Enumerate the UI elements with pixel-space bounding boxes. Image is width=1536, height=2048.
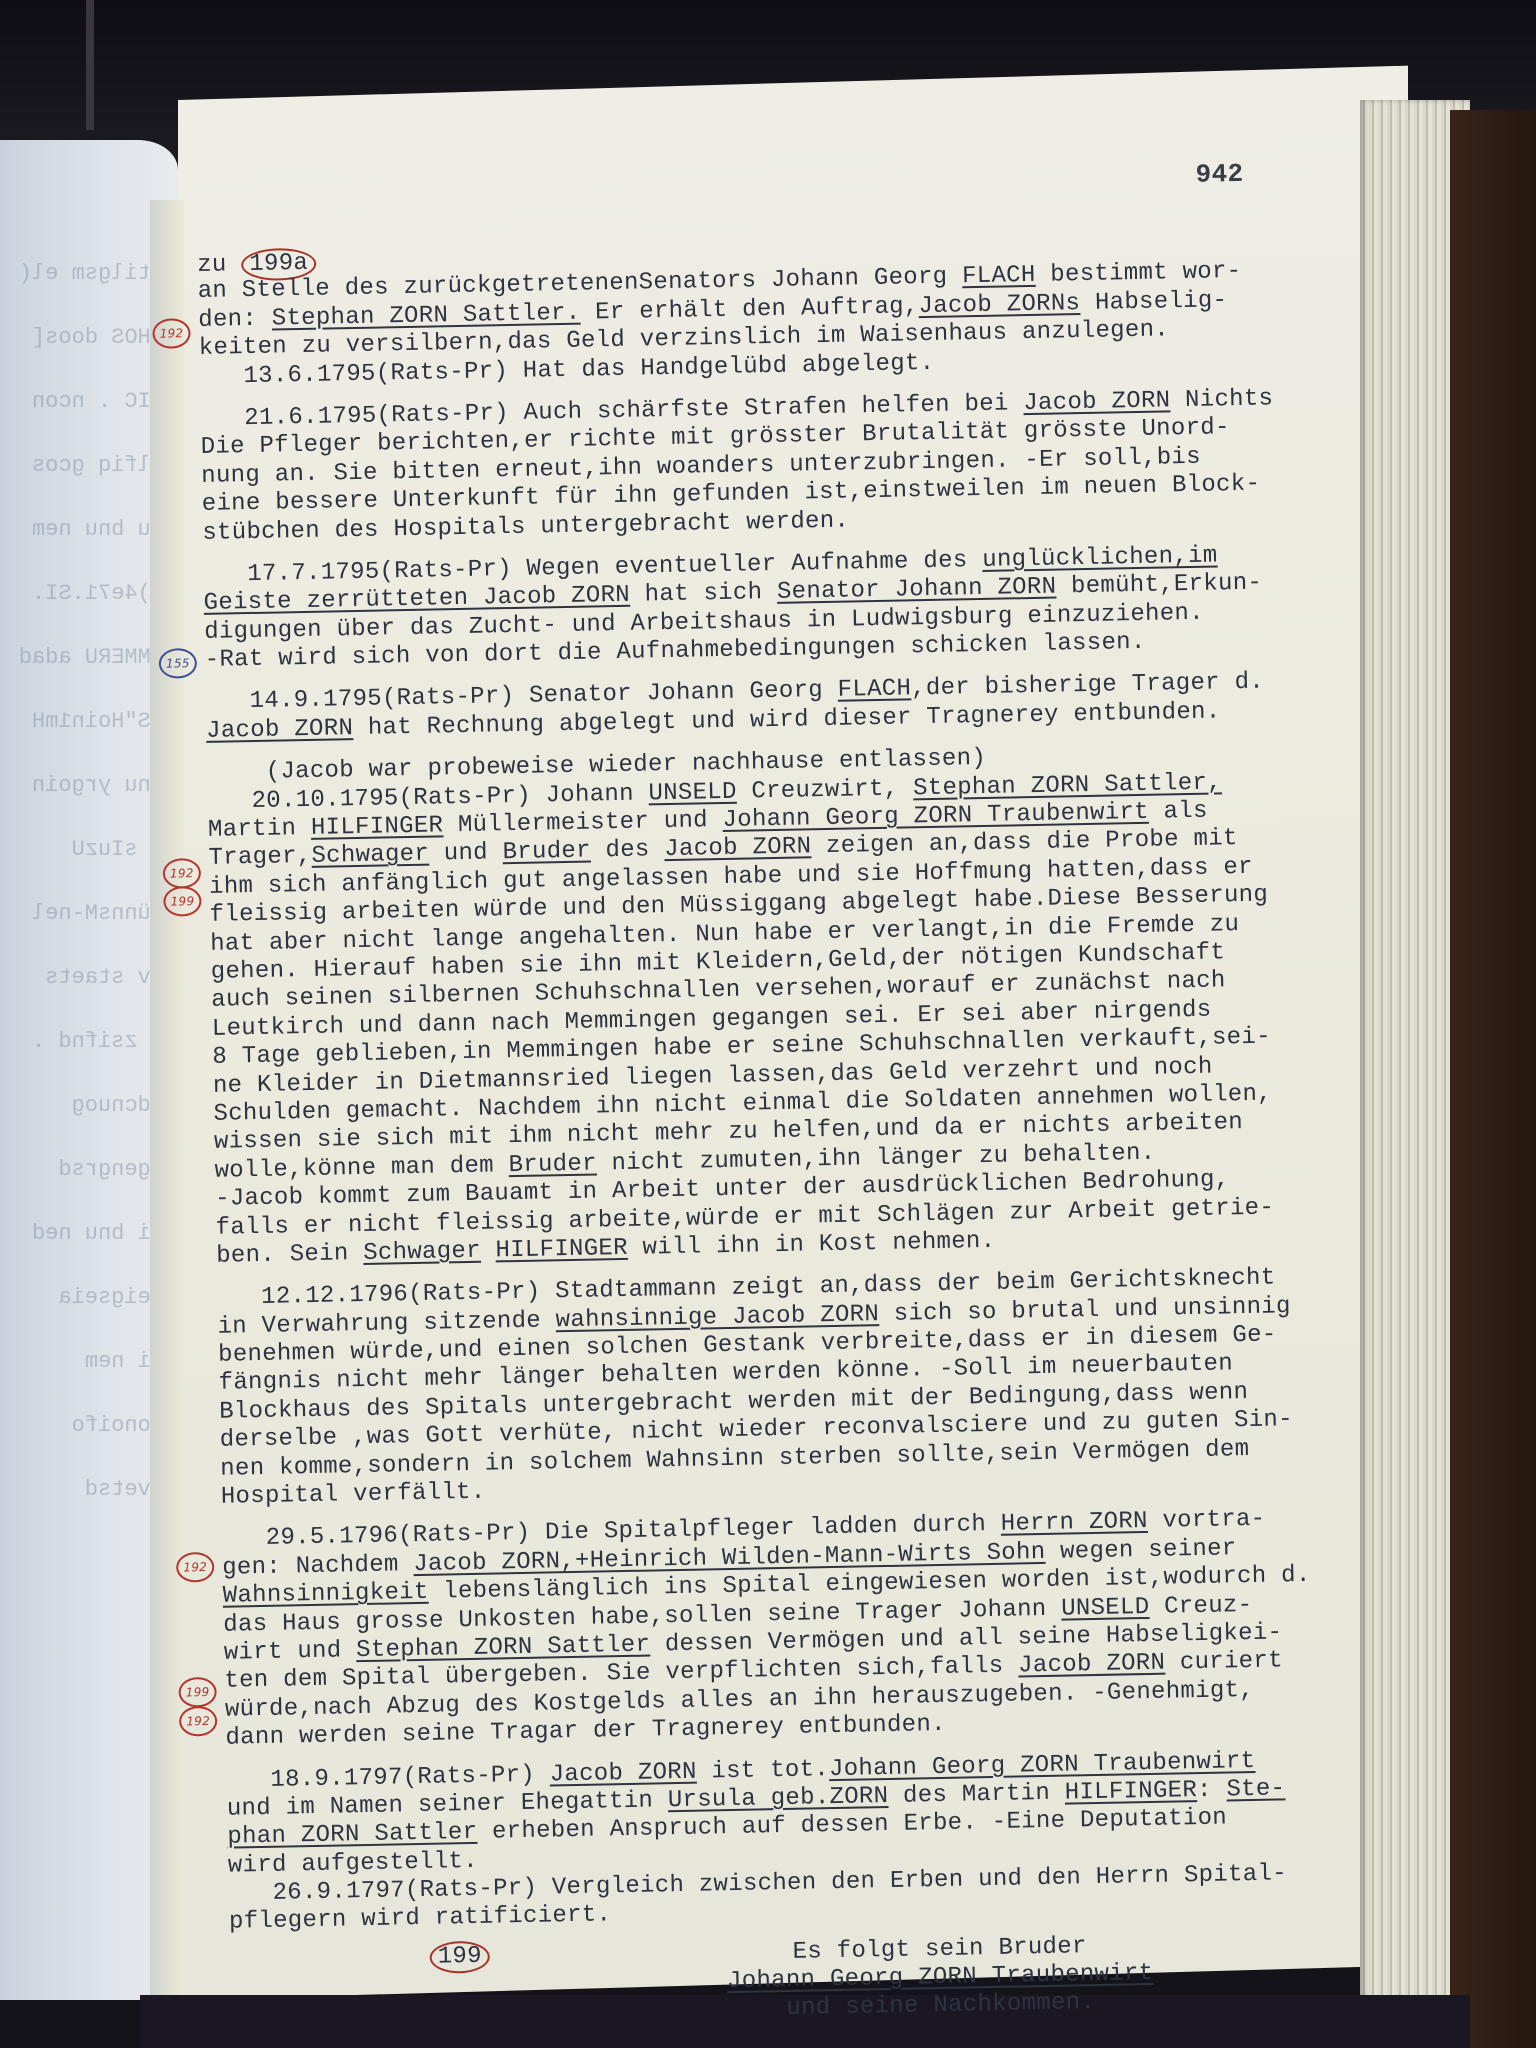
underlined-name: FLACH xyxy=(962,262,1036,290)
underlined-name: UNSELD xyxy=(1061,1594,1150,1623)
ghost-line: ni bnu ned xyxy=(0,1220,164,1248)
bookmark-string xyxy=(86,0,94,130)
text-run: des Martin xyxy=(888,1780,1065,1810)
ghost-line: ai nem xyxy=(0,1348,164,1376)
underlined-name: Ste- xyxy=(1226,1775,1285,1803)
underlined-name: Stephan ZORN Sattler, xyxy=(913,769,1222,802)
ghost-line: X sIuzU xyxy=(0,836,164,864)
text-run: bestimmt wor- xyxy=(1035,258,1241,289)
text-run: wolle,könne man dem xyxy=(214,1152,509,1185)
text-run: Müllermeister und xyxy=(443,807,723,839)
underlined-name: Bruder xyxy=(508,1150,597,1179)
underlined-name: FLACH xyxy=(837,676,911,704)
underlined-name: UNSELD xyxy=(648,778,737,807)
ghost-line: UMMERU adad xyxy=(0,644,164,672)
underlined-name: Stephan ZORN Sattler. xyxy=(272,299,581,332)
underlined-name: HILFINGER xyxy=(495,1235,628,1265)
underlined-name: Jacob ZORN xyxy=(664,834,812,864)
underlined-name: Jacob ZORN xyxy=(1018,1650,1166,1680)
text-run: Creuzwirt, xyxy=(736,775,913,805)
text-run: vortra- xyxy=(1148,1506,1266,1535)
ghost-line: ov staets xyxy=(0,964,164,992)
text-run: ist tot. xyxy=(696,1756,829,1786)
underlined-name: Schwager xyxy=(363,1238,481,1267)
text-run: zu xyxy=(197,251,242,279)
document-body: zu 199aan Stelle des zurückgetretenenSen… xyxy=(197,227,1419,1937)
underlined-name: phan ZORN Sattler xyxy=(227,1819,477,1851)
text-run: Creuz- xyxy=(1149,1592,1252,1621)
ghost-line: M)4e71.SI. xyxy=(0,580,164,608)
text-run: als xyxy=(1149,798,1208,826)
bleed-through-text: ltilgsm el(NHOS doos[eIC . nconelfiq gco… xyxy=(0,260,164,1540)
underlined-name: Jacob ZORNs xyxy=(918,290,1080,320)
ghost-line: -ünnsM-nel xyxy=(0,900,164,928)
underlined-name: Jacob ZORN xyxy=(549,1758,697,1788)
text-run: wegen seiner xyxy=(1045,1535,1237,1566)
text-run: 18.9.1797(Rats-Pr) xyxy=(226,1761,550,1794)
ghost-line: sonoifo xyxy=(0,1412,164,1440)
underlined-name: Jacob ZORN xyxy=(1023,387,1171,417)
underlined-name: Bruder xyxy=(502,838,591,867)
ghost-line: mu bnu nem xyxy=(0,516,164,544)
book-gutter xyxy=(150,200,184,2020)
underlined-name: wahnsinnige Jacob ZORN xyxy=(555,1301,879,1334)
ghost-line: sgengrsd xyxy=(0,1156,164,1184)
underlined-name: Ursula geb.ZORN xyxy=(668,1783,889,1814)
ghost-line: v zsifnd . xyxy=(0,1028,164,1056)
underlined-name: Wahnsinnigkeit xyxy=(223,1579,429,1610)
text-run: : xyxy=(1197,1776,1227,1804)
underlined-name: Herrn ZORN xyxy=(1001,1508,1149,1538)
ghost-line: Ieigseia xyxy=(0,1284,164,1312)
text-run: wird aufgestellt. xyxy=(228,1848,478,1880)
text-run: gen: Nachdem xyxy=(222,1551,414,1582)
ghost-line: elfiq gcos xyxy=(0,452,164,480)
text-run: Nichts xyxy=(1170,385,1273,414)
text-run: wirt und xyxy=(224,1637,357,1667)
text-run: hat sich xyxy=(630,579,778,609)
text-run: Hospital verfällt. xyxy=(221,1479,486,1511)
text-run: curiert xyxy=(1165,1648,1283,1677)
closing-note: 199 Es folgt sein Bruder Johann Georg ZO… xyxy=(490,1927,1391,2028)
text-run: Martin xyxy=(208,815,311,844)
ghost-line: bnu yrgoin xyxy=(0,772,164,800)
ghost-line: OS"Hoin1mH xyxy=(0,708,164,736)
underlined-name: Jacob ZORN xyxy=(206,715,354,745)
ghost-line: eIC . ncon xyxy=(0,388,164,416)
underlined-name: Senator Johann ZORN xyxy=(777,574,1057,606)
underlined-name: Stephan ZORN Sattler xyxy=(356,1632,651,1665)
text-run: Habselig- xyxy=(1080,287,1228,317)
footer-reference-mark: 199 xyxy=(429,1941,490,1974)
underlined-name: Schwager xyxy=(311,841,429,870)
underlined-name: HILFINGER xyxy=(311,812,444,842)
text-run xyxy=(481,1237,496,1264)
text-run: Trager, xyxy=(208,843,311,872)
text-run: und xyxy=(429,840,503,868)
ghost-line: idcnuog xyxy=(0,1092,164,1120)
text-run: bemüht,Erkun- xyxy=(1056,570,1262,601)
ghost-line: ovetsd xyxy=(0,1476,164,1504)
text-run: den: xyxy=(198,305,272,333)
ghost-line: ltilgsm el( xyxy=(0,260,164,288)
underlined-name: HILFINGER xyxy=(1065,1777,1198,1807)
book-cover xyxy=(1450,110,1536,2048)
underlined-name: unglücklichen,im xyxy=(982,542,1218,574)
text-run: ben. Sein xyxy=(216,1240,364,1270)
ghost-line: NHOS doos[ xyxy=(0,324,164,352)
text-run: des xyxy=(591,837,665,865)
page-number: 942 xyxy=(1195,160,1243,189)
